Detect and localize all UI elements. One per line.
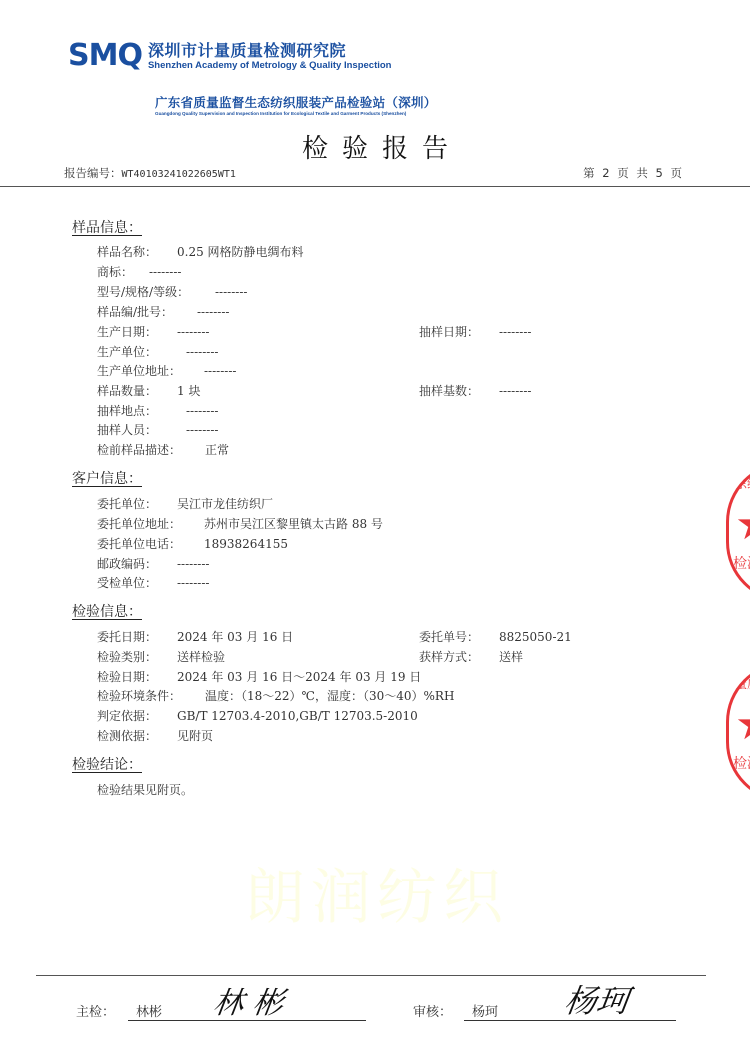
field-label: 抽样人员： [97,423,157,437]
field-label: 检验类别： [97,650,157,664]
field-label: 检测依据： [97,729,157,743]
field-value: 8825050-21 [499,629,572,645]
field-label: 生产日期： [97,325,157,339]
field-value: -------- [197,304,229,320]
field-judgement-basis: 判定依据： GB/T 12703.4-2010,GB/T 12703.5-201… [97,708,157,724]
inspector-name: 林彬 [136,1001,162,1020]
field-batch: 样品编/批号： -------- [97,304,173,320]
field-sampling-date: 抽样日期： -------- [419,324,479,340]
star-icon: ★ [735,703,750,747]
field-category: 检验类别： 送样检验 [97,649,157,665]
field-value: 见附页 [177,728,213,744]
field-label: 生产单位： [97,345,157,359]
sub-org-name-en: Guangdong Quality Supervision and Inspec… [155,110,437,117]
reviewer-label: 审核： [413,1001,452,1020]
field-commission-date: 委托日期： 2024 年 03 月 16 日 [97,629,157,645]
field-label: 判定依据： [97,709,157,723]
field-label: 委托单位： [97,497,157,511]
stamp-bottom-text: 检测 [733,753,750,773]
field-quantity: 样品数量： 1 块 [97,383,157,399]
field-value: -------- [499,324,531,340]
field-value: 0.25 网格防静电绸布料 [177,244,304,260]
field-value: 温度：（18～22）℃，湿度：（30～40）%RH [205,688,454,704]
field-value: -------- [186,403,218,419]
field-value: GB/T 12703.4-2010,GB/T 12703.5-2010 [177,708,418,724]
section-title-client-info: 客户信息： [72,468,142,488]
official-seal-stamp: 量质 ★ 检测 305 [726,662,750,802]
report-number-value: WT40103241022605WT1 [122,169,236,180]
inspector-signature: 林 彬 [211,978,287,1022]
stamp-top-text: 量质 [735,675,750,692]
section-title-sample-info: 样品信息： [72,217,142,237]
report-title: 检验报告 [0,128,750,165]
field-label: 抽样基数： [419,384,479,398]
inspector-signature-line [128,1020,366,1021]
header-divider [0,186,750,187]
field-label: 样品数量： [97,384,157,398]
smq-logo-mark: SMQ [68,41,142,71]
field-sampling-base: 抽样基数： -------- [419,383,479,399]
field-value: 送样 [499,649,523,665]
stamp-number: 305 [735,787,748,795]
field-test-basis: 检测依据： 见附页 [97,728,157,744]
field-value: 苏州市吴江区黎里镇太古路 88 号 [204,516,383,532]
field-sampling-method: 获样方式： 送样 [419,649,479,665]
field-client: 委托单位： 吴江市龙佳纺织厂 [97,496,157,512]
field-environment: 检验环境条件： 温度：（18～22）℃，湿度：（30～40）%RH [97,688,181,704]
org-logo: SMQ 深圳市计量质量检测研究院 Shenzhen Academy of Met… [68,38,392,74]
field-value: 正常 [205,442,229,458]
watermark: 朗润纺织 [245,850,509,936]
field-label: 获样方式： [419,650,479,664]
field-label: 抽样日期： [419,325,479,339]
org-name-en: Shenzhen Academy of Metrology & Quality … [148,60,392,71]
field-client-address: 委托单位地址： 苏州市吴江区黎里镇太古路 88 号 [97,516,181,532]
page-info: 第 2 页 共 5 页 [583,165,682,181]
field-label: 委托单号： [419,630,479,644]
reviewer-signature-line [464,1020,676,1021]
field-value: -------- [215,284,247,300]
field-label: 商标： [97,265,133,279]
field-value: 18938264155 [204,536,288,552]
field-pre-description: 检前样品描述： 正常 [97,442,181,458]
field-value: -------- [186,344,218,360]
field-label: 抽样地点： [97,404,157,418]
stamp-number: 305 [735,587,748,595]
official-seal-stamp: 东纺织 ★ 检测 305 [726,462,750,602]
field-value: 2024 年 03 月 16 日 [177,629,293,645]
field-producer: 生产单位： -------- [97,344,157,360]
field-label: 委托单位电话： [97,537,181,551]
field-inspected-unit: 受检单位： -------- [97,575,157,591]
field-client-phone: 委托单位电话： 18938264155 [97,536,181,552]
reviewer-name: 杨珂 [472,1001,498,1020]
field-trademark: 商标： -------- [97,264,133,280]
field-label: 样品名称： [97,245,157,259]
stamp-bottom-text: 检测 [733,553,750,573]
field-label: 邮政编码： [97,557,157,571]
field-label: 检验环境条件： [97,689,181,703]
sub-org: 广东省质量监督生态纺织服装产品检验站（深圳） Guangdong Quality… [155,96,437,117]
field-value: -------- [499,383,531,399]
field-value: -------- [177,575,209,591]
field-label: 样品编/批号： [97,305,173,319]
field-label: 受检单位： [97,576,157,590]
field-test-date: 检验日期： 2024 年 03 月 16 日～2024 年 03 月 19 日 [97,669,157,685]
inspector-label: 主检： [76,1001,115,1020]
field-label: 检前样品描述： [97,443,181,457]
conclusion-text: 检验结果见附页。 [97,782,193,798]
field-label: 生产单位地址： [97,364,181,378]
field-production-date: 生产日期： -------- [97,324,157,340]
field-label: 检验日期： [97,670,157,684]
section-title-conclusion: 检验结论： [72,754,142,774]
field-value: -------- [177,324,209,340]
field-value: -------- [149,264,181,280]
star-icon: ★ [735,503,750,547]
field-model: 型号/规格/等级： -------- [97,284,189,300]
field-value: -------- [186,422,218,438]
sub-org-name-cn: 广东省质量监督生态纺织服装产品检验站（深圳） [155,96,437,110]
field-label: 委托日期： [97,630,157,644]
field-value: 吴江市龙佳纺织厂 [177,496,273,512]
section-title-inspection-info: 检验信息： [72,601,142,621]
field-sampling-place: 抽样地点： -------- [97,403,157,419]
reviewer-signature: 杨珂 [562,976,632,1022]
field-commission-no: 委托单号： 8825050-21 [419,629,479,645]
org-name-cn: 深圳市计量质量检测研究院 [148,42,392,60]
field-label: 型号/规格/等级： [97,285,189,299]
field-value: 2024 年 03 月 16 日～2024 年 03 月 19 日 [177,669,421,685]
field-value: -------- [177,556,209,572]
report-number-label: 报告编号： [64,166,122,180]
field-label: 委托单位地址： [97,517,181,531]
report-number: 报告编号：WT40103241022605WT1 [64,165,236,181]
field-value: 1 块 [177,383,200,399]
field-value: -------- [204,363,236,379]
field-value: 送样检验 [177,649,225,665]
field-producer-address: 生产单位地址： -------- [97,363,181,379]
field-postcode: 邮政编码： -------- [97,556,157,572]
field-sample-name: 样品名称： 0.25 网格防静电绸布料 [97,244,157,260]
field-sampler: 抽样人员： -------- [97,422,157,438]
stamp-top-text: 东纺织 [735,475,750,492]
